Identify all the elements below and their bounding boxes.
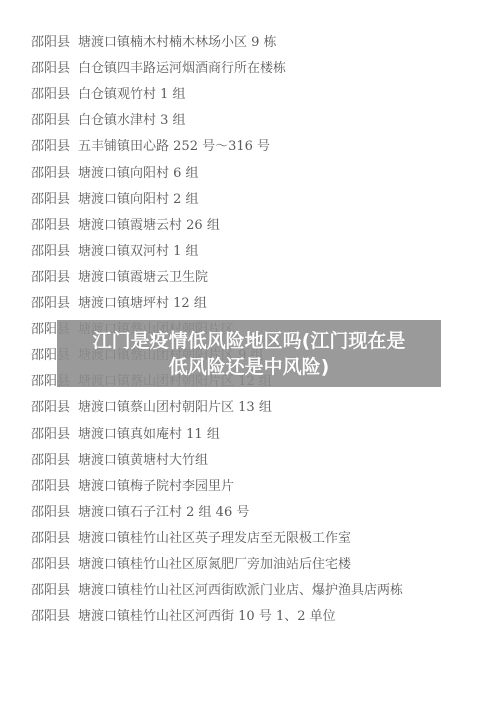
address-text: 白仓镇水津村 3 组 bbox=[78, 111, 186, 131]
county-label: 邵阳县 bbox=[31, 607, 70, 627]
address-text: 塘渡口镇桂竹山社区河西街欧派门业店、爆护渔具店两栋 bbox=[78, 581, 403, 601]
county-label: 邵阳县 bbox=[31, 111, 70, 131]
list-item: 邵阳县塘渡口镇双河村 1 组 bbox=[31, 242, 199, 262]
county-label: 邵阳县 bbox=[31, 398, 70, 418]
county-label: 邵阳县 bbox=[31, 137, 70, 157]
address-text: 白仓镇四丰路运河烟酒商行所在楼栋 bbox=[78, 59, 286, 79]
address-text: 五丰铺镇田心路 252 号～316 号 bbox=[78, 137, 270, 157]
list-item: 邵阳县塘渡口镇向阳村 6 组 bbox=[31, 164, 199, 184]
county-label: 邵阳县 bbox=[31, 529, 70, 549]
list-item: 邵阳县塘渡口镇桂竹山社区河西街 10 号 1、2 单位 bbox=[31, 607, 336, 627]
county-label: 邵阳县 bbox=[31, 59, 70, 79]
address-text: 塘渡口镇双河村 1 组 bbox=[78, 242, 199, 262]
list-item: 邵阳县塘渡口镇桂竹山社区英子理发店至无限极工作室 bbox=[31, 529, 351, 549]
address-text: 塘渡口镇霞塘云卫生院 bbox=[78, 268, 208, 288]
county-label: 邵阳县 bbox=[31, 190, 70, 210]
county-label: 邵阳县 bbox=[31, 85, 70, 105]
banner-title-line-2: 低风险还是中风险) bbox=[169, 354, 330, 380]
county-label: 邵阳县 bbox=[31, 581, 70, 601]
address-text: 白仓镇观竹村 1 组 bbox=[78, 85, 186, 105]
county-label: 邵阳县 bbox=[31, 33, 70, 53]
list-item: 邵阳县塘渡口镇真如庵村 11 组 bbox=[31, 425, 220, 445]
list-item: 邵阳县塘渡口镇霞塘云卫生院 bbox=[31, 268, 208, 288]
list-item: 邵阳县塘渡口镇石子江村 2 组 46 号 bbox=[31, 503, 249, 523]
county-label: 邵阳县 bbox=[31, 477, 70, 497]
list-item: 邵阳县塘渡口镇楠木村楠木林场小区 9 栋 bbox=[31, 33, 277, 53]
address-text: 塘渡口镇向阳村 2 组 bbox=[78, 190, 199, 210]
address-text: 塘渡口镇桂竹山社区英子理发店至无限极工作室 bbox=[78, 529, 351, 549]
county-label: 邵阳县 bbox=[31, 268, 70, 288]
address-text: 塘渡口镇蔡山团村朝阳片区 13 组 bbox=[78, 398, 272, 418]
address-text: 塘渡口镇霞塘云村 26 组 bbox=[78, 216, 220, 236]
list-item: 邵阳县塘渡口镇塘坪村 12 组 bbox=[31, 294, 207, 314]
county-label: 邵阳县 bbox=[31, 294, 70, 314]
address-text: 塘渡口镇桂竹山社区河西街 10 号 1、2 单位 bbox=[78, 607, 336, 627]
address-text: 塘渡口镇向阳村 6 组 bbox=[78, 164, 199, 184]
county-label: 邵阳县 bbox=[31, 216, 70, 236]
list-item: 邵阳县塘渡口镇向阳村 2 组 bbox=[31, 190, 199, 210]
county-label: 邵阳县 bbox=[31, 503, 70, 523]
list-item: 邵阳县塘渡口镇桂竹山社区河西街欧派门业店、爆护渔具店两栋 bbox=[31, 581, 403, 601]
county-label: 邵阳县 bbox=[31, 164, 70, 184]
banner-title-line-1: 江门是疫情低风险地区吗(江门现在是 bbox=[93, 328, 406, 354]
address-text: 塘渡口镇塘坪村 12 组 bbox=[78, 294, 207, 314]
list-item: 邵阳县塘渡口镇桂竹山社区原氮肥厂旁加油站后住宅楼 bbox=[31, 555, 351, 575]
address-text: 塘渡口镇桂竹山社区原氮肥厂旁加油站后住宅楼 bbox=[78, 555, 351, 575]
county-label: 邵阳县 bbox=[31, 451, 70, 471]
list-item: 邵阳县五丰铺镇田心路 252 号～316 号 bbox=[31, 137, 270, 157]
county-label: 邵阳县 bbox=[31, 555, 70, 575]
county-label: 邵阳县 bbox=[31, 425, 70, 445]
county-label: 邵阳县 bbox=[31, 242, 70, 262]
list-item: 邵阳县塘渡口镇梅子院村李园里片 bbox=[31, 477, 234, 497]
address-text: 塘渡口镇真如庵村 11 组 bbox=[78, 425, 220, 445]
address-text: 塘渡口镇石子江村 2 组 46 号 bbox=[78, 503, 249, 523]
list-item: 邵阳县塘渡口镇霞塘云村 26 组 bbox=[31, 216, 220, 236]
list-item: 邵阳县塘渡口镇黄塘村大竹组 bbox=[31, 451, 208, 471]
list-item: 邵阳县白仓镇水津村 3 组 bbox=[31, 111, 186, 131]
title-banner: 江门是疫情低风险地区吗(江门现在是 低风险还是中风险) bbox=[57, 320, 441, 387]
address-text: 塘渡口镇梅子院村李园里片 bbox=[78, 477, 234, 497]
address-text: 塘渡口镇楠木村楠木林场小区 9 栋 bbox=[78, 33, 277, 53]
list-item: 邵阳县白仓镇四丰路运河烟酒商行所在楼栋 bbox=[31, 59, 286, 79]
list-item: 邵阳县白仓镇观竹村 1 组 bbox=[31, 85, 186, 105]
list-item: 邵阳县塘渡口镇蔡山团村朝阳片区 13 组 bbox=[31, 398, 272, 418]
address-text: 塘渡口镇黄塘村大竹组 bbox=[78, 451, 208, 471]
